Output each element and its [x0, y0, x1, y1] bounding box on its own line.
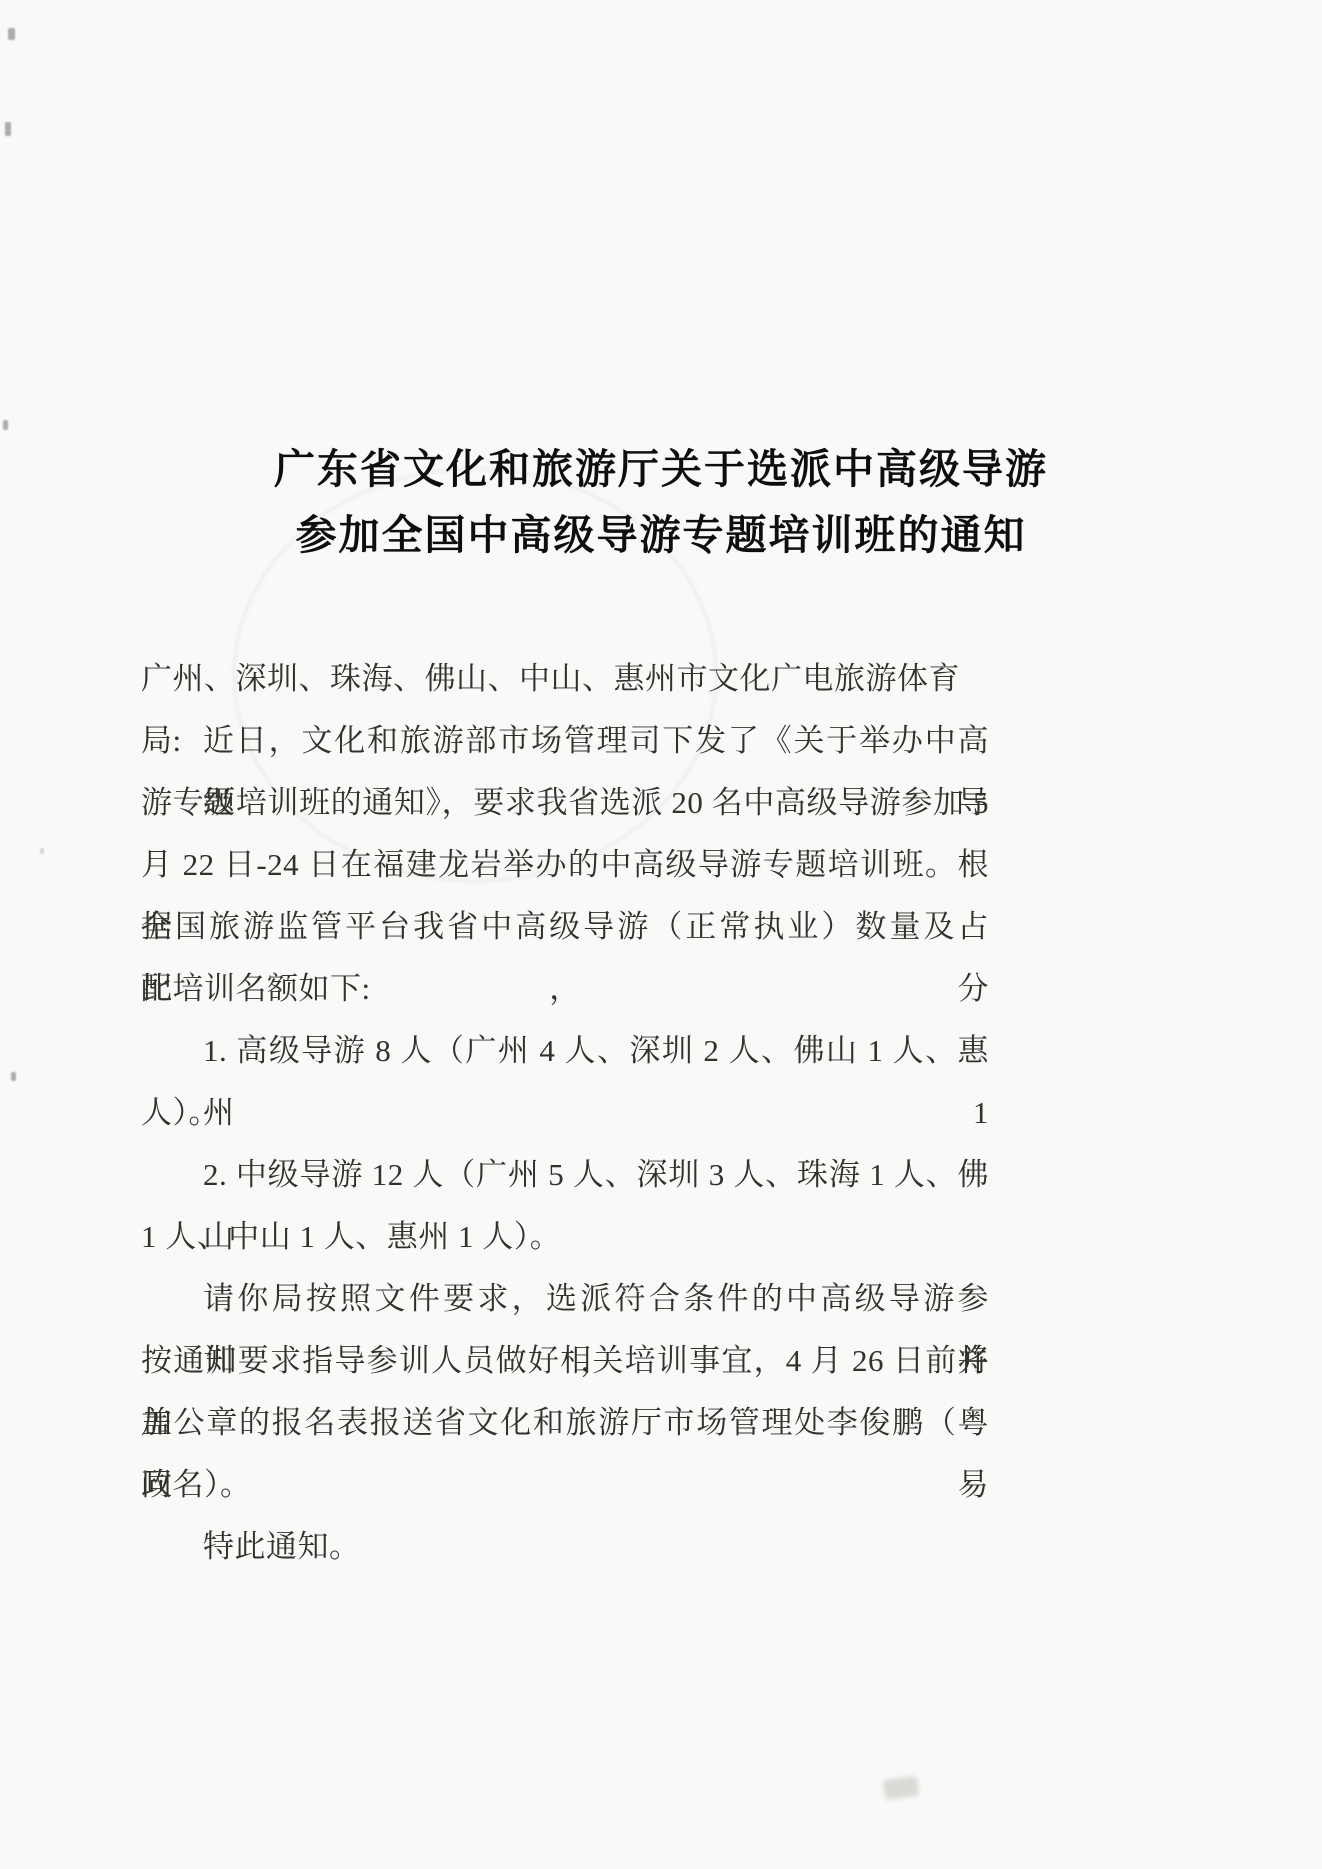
scan-noise [8, 28, 15, 40]
document-body: 广州、深圳、珠海、佛山、中山、惠州市文化广电旅游体育局:近日，文化和旅游部市场管… [141, 648, 989, 1578]
document-page: 广东省文化和旅游厅关于选派中高级导游 参加全国中高级导游专题培训班的通知 广州、… [0, 0, 1322, 1869]
body-line: 游专题培训班的通知》，要求我省选派 20 名中高级导游参加 5 [141, 772, 989, 834]
document-title-line-2: 参加全国中高级导游专题培训班的通知 [0, 502, 1322, 568]
body-line: 广州、深圳、珠海、佛山、中山、惠州市文化广电旅游体育局: [141, 648, 989, 710]
scan-noise [11, 1072, 16, 1081]
document-title: 广东省文化和旅游厅关于选派中高级导游 参加全国中高级导游专题培训班的通知 [0, 436, 1322, 568]
scan-smudge [883, 1776, 919, 1801]
body-line: 月 22 日-24 日在福建龙岩举办的中高级导游专题培训班。根据 [141, 834, 989, 896]
body-line: 特此通知。 [141, 1516, 989, 1578]
body-line: 2. 中级导游 12 人（广州 5 人、深圳 3 人、珠海 1 人、佛山 [141, 1144, 989, 1206]
body-line: 请你局按照文件要求，选派符合条件的中高级导游参训，并 [141, 1268, 989, 1330]
scan-noise [5, 122, 11, 136]
body-line: 1. 高级导游 8 人（广州 4 人、深圳 2 人、佛山 1 人、惠州 1 [141, 1020, 989, 1082]
scan-noise [40, 848, 44, 854]
document-title-line-1: 广东省文化和旅游厅关于选派中高级导游 [0, 436, 1322, 502]
body-line: 近日，文化和旅游部市场管理司下发了《关于举办中高级导 [141, 710, 989, 772]
body-line: 按通知要求指导参训人员做好相关培训事宜，4 月 26 日前将加 [141, 1330, 989, 1392]
body-line: 全国旅游监管平台我省中高级导游（正常执业）数量及占比，分 [141, 896, 989, 958]
body-line: 1 人、中山 1 人、惠州 1 人）。 [141, 1206, 989, 1268]
scan-noise [3, 420, 8, 430]
body-line: 盖公章的报名表报送省文化和旅游厅市场管理处李俊鹏（粤政易 [141, 1392, 989, 1454]
